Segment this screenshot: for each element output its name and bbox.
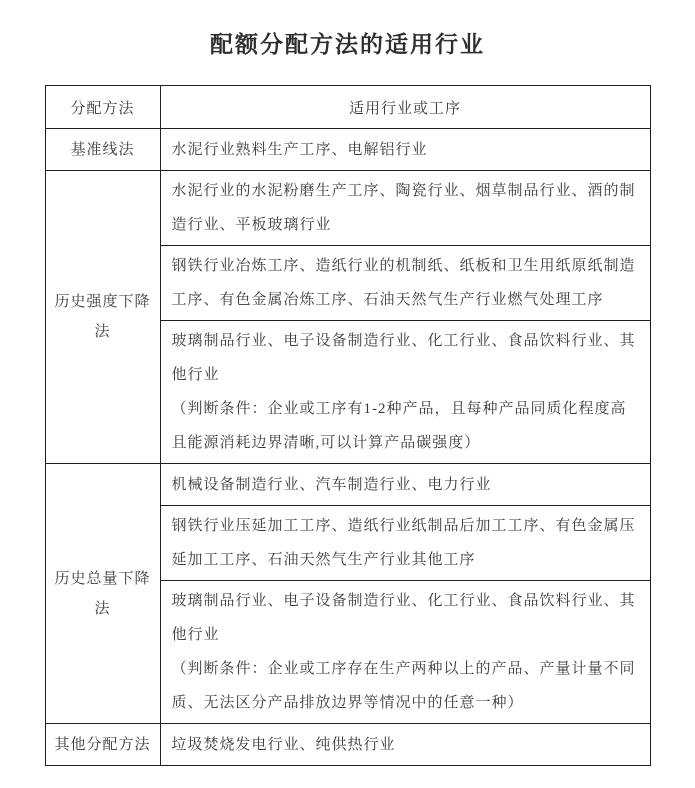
- table-row: 基准线法水泥行业熟料生产工序、电解铝行业: [45, 129, 650, 171]
- table-row: 历史总量下降法机械设备制造行业、汽车制造行业、电力行业: [45, 464, 650, 506]
- method-cell: 基准线法: [45, 129, 160, 171]
- industry-cell: 玻璃制品行业、电子设备制造行业、化工行业、食品饮料行业、其他行业（判断条件：企业…: [160, 321, 650, 464]
- method-cell: 其他分配方法: [45, 724, 160, 766]
- table-header-row: 分配方法 适用行业或工序: [45, 86, 650, 129]
- industry-cell: 水泥行业熟料生产工序、电解铝行业: [160, 129, 650, 171]
- industry-text: 水泥行业熟料生产工序、电解铝行业: [172, 133, 639, 167]
- industry-cell: 玻璃制品行业、电子设备制造行业、化工行业、食品饮料行业、其他行业（判断条件：企业…: [160, 581, 650, 724]
- table-row: 其他分配方法垃圾焚烧发电行业、纯供热行业: [45, 724, 650, 766]
- allocation-table: 分配方法 适用行业或工序 基准线法水泥行业熟料生产工序、电解铝行业历史强度下降法…: [45, 85, 651, 766]
- industry-text: 钢铁行业冶炼工序、造纸行业的机制纸、纸板和卫生用纸原纸制造工序、有色金属冶炼工序…: [172, 249, 639, 317]
- method-cell: 历史总量下降法: [45, 464, 160, 724]
- industry-text: 水泥行业的水泥粉磨生产工序、陶瓷行业、烟草制品行业、酒的制造行业、平板玻璃行业: [172, 174, 639, 242]
- judgment-note: （判断条件：企业或工序有1-2种产品，且每种产品同质化程度高且能源消耗边界清晰,…: [172, 392, 639, 460]
- industry-cell: 垃圾焚烧发电行业、纯供热行业: [160, 724, 650, 766]
- industry-text: 玻璃制品行业、电子设备制造行业、化工行业、食品饮料行业、其他行业: [172, 324, 639, 392]
- document-page: 配额分配方法的适用行业 分配方法 适用行业或工序 基准线法水泥行业熟料生产工序、…: [0, 0, 695, 788]
- industry-text: 钢铁行业压延加工工序、造纸行业纸制品后加工工序、有色金属压延加工工序、石油天然气…: [172, 509, 639, 577]
- table-header-method: 分配方法: [45, 86, 160, 129]
- industry-cell: 钢铁行业压延加工工序、造纸行业纸制品后加工工序、有色金属压延加工工序、石油天然气…: [160, 506, 650, 581]
- industry-text: 玻璃制品行业、电子设备制造行业、化工行业、食品饮料行业、其他行业: [172, 584, 639, 652]
- table-body: 基准线法水泥行业熟料生产工序、电解铝行业历史强度下降法水泥行业的水泥粉磨生产工序…: [45, 129, 650, 766]
- industry-cell: 机械设备制造行业、汽车制造行业、电力行业: [160, 464, 650, 506]
- table-row: 历史强度下降法水泥行业的水泥粉磨生产工序、陶瓷行业、烟草制品行业、酒的制造行业、…: [45, 171, 650, 246]
- judgment-note: （判断条件：企业或工序存在生产两种以上的产品、产量计量不同质、无法区分产品排放边…: [172, 652, 639, 720]
- table-header-industry: 适用行业或工序: [160, 86, 650, 129]
- industry-text: 垃圾焚烧发电行业、纯供热行业: [172, 728, 639, 762]
- industry-text: 机械设备制造行业、汽车制造行业、电力行业: [172, 468, 639, 502]
- method-cell: 历史强度下降法: [45, 171, 160, 464]
- page-title: 配额分配方法的适用行业: [0, 26, 695, 59]
- industry-cell: 水泥行业的水泥粉磨生产工序、陶瓷行业、烟草制品行业、酒的制造行业、平板玻璃行业: [160, 171, 650, 246]
- industry-cell: 钢铁行业冶炼工序、造纸行业的机制纸、纸板和卫生用纸原纸制造工序、有色金属冶炼工序…: [160, 246, 650, 321]
